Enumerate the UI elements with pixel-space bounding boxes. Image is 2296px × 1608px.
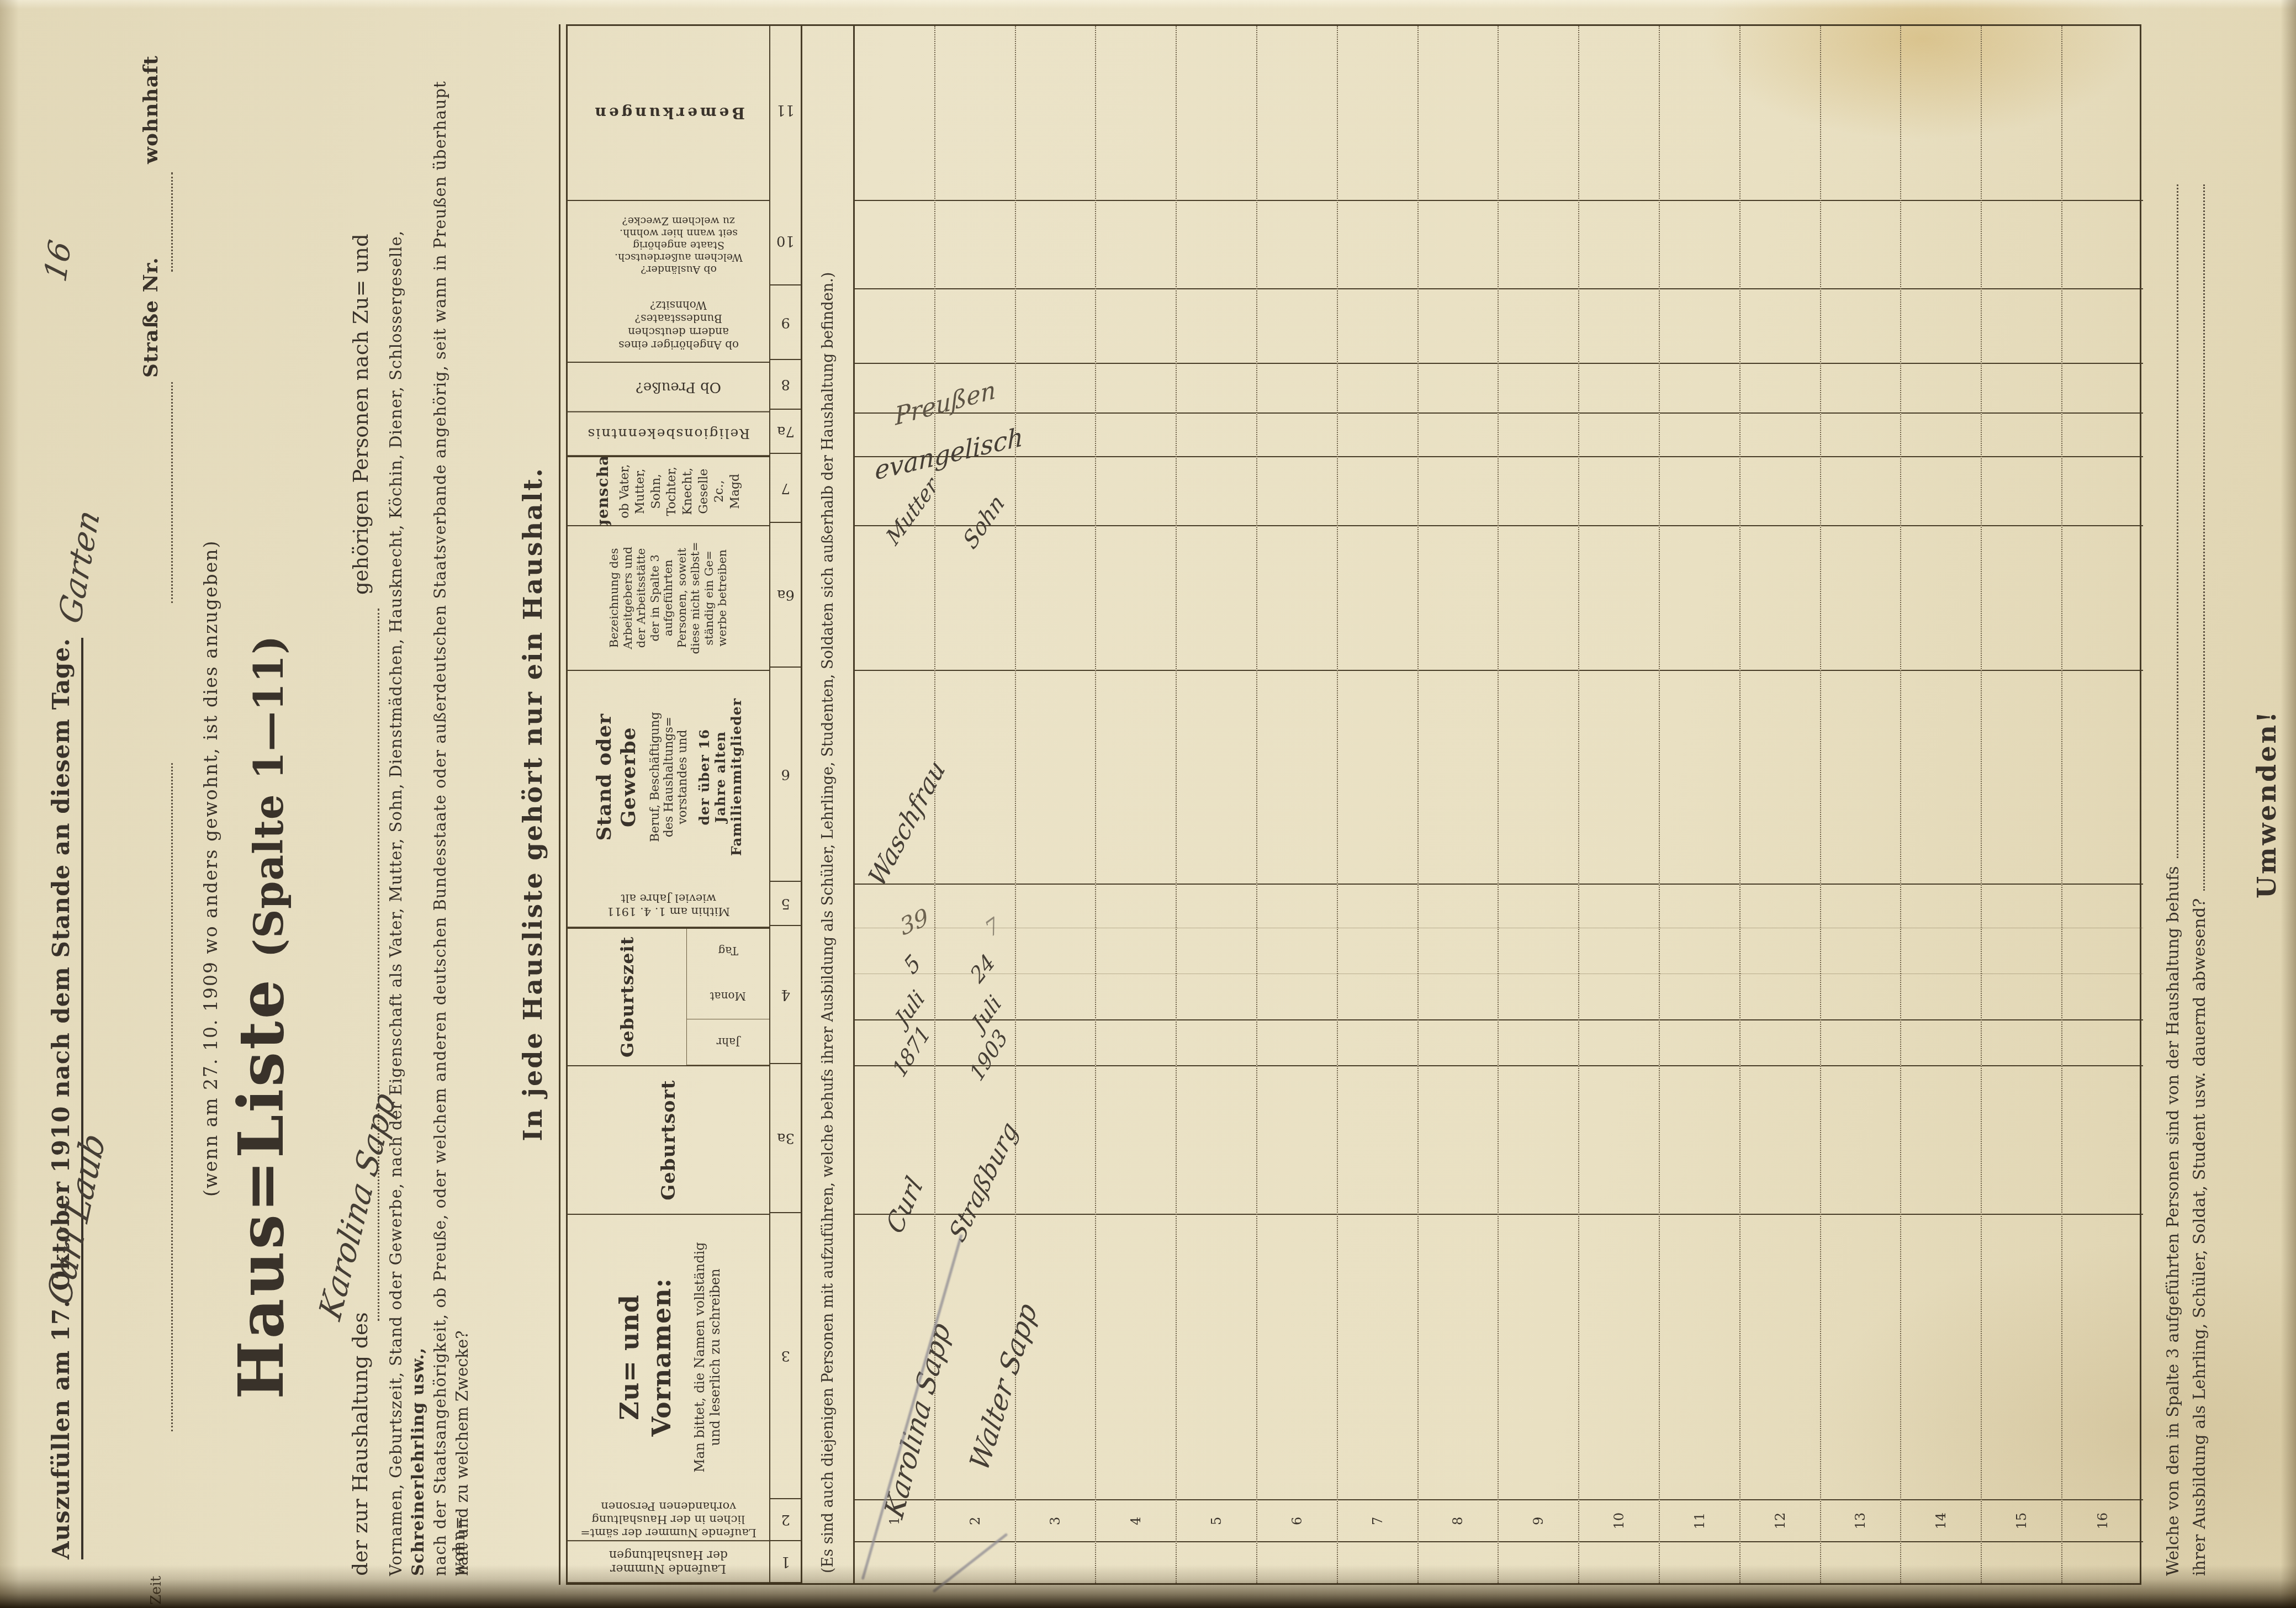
hw-person1-occupation: Waschfrau [863,754,951,892]
pencil-stroke-hook [932,1533,1008,1593]
hw-person1-birth-year: 1871 [888,1020,935,1082]
handwriting-layer: Carl Laub Garten 16 Karolina Sapp Karoli… [0,0,2296,1608]
hw-person1-relation: Mutter [882,472,943,550]
scanned-census-page: Auszufüllen am 17. Oktober 1910 nach dem… [0,0,2296,1608]
hw-person2-age: 7 [981,913,1003,942]
hw-person2-birth-year: 1903 [965,1024,1012,1086]
hw-person1-age: 39 [897,903,931,941]
hw-person1-birthplace: Curl [881,1171,929,1239]
hw-nationality: Preußen [894,375,996,431]
hw-street-name: Garten [51,505,107,628]
hw-person1-birth-day: 5 [900,950,925,980]
hw-religion: evangelisch [875,421,1023,486]
hw-person2-birthplace: Straßburg [944,1117,1023,1247]
hw-person1-name: Karolina Sapp [879,1318,956,1523]
pencil-stroke-long [861,1234,963,1580]
hw-person2-birth-day: 24 [966,949,999,988]
hw-person2-relation: Sohn [959,489,1009,554]
hw-house-number: 16 [38,236,78,285]
hw-person1-birth-month: Juli [891,985,929,1031]
hw-person2-birth-month: Juli [967,990,1006,1036]
hw-person2-name: Walter Sapp [964,1297,1043,1476]
hw-owner-name: Carl Laub [39,1127,113,1310]
hw-household-head-name: Karolina Sapp [312,1087,403,1325]
